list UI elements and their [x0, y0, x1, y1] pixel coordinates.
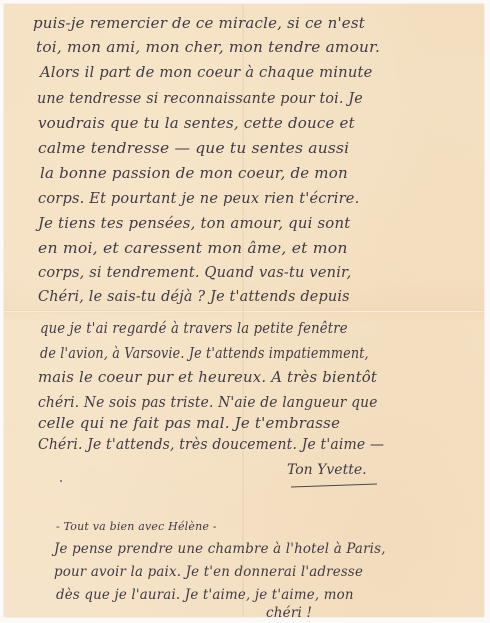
postscript-line: pour avoir la paix. Je t'en donnerai l'a…	[54, 564, 363, 580]
postscript-line: chéri !	[266, 605, 312, 621]
body-line: chéri. Ne sois pas triste. N'aie de lang…	[38, 393, 378, 411]
ink-speck	[60, 480, 62, 482]
body-line: Chéri, le sais-tu déjà ? Je t'attends de…	[38, 287, 350, 305]
body-line: de l'avion, à Varsovie. Je t'attends imp…	[40, 344, 369, 362]
body-line: la bonne passion de mon coeur, de mon	[40, 164, 348, 182]
horizontal-fold-crease	[4, 310, 484, 313]
body-line: corps, si tendrement. Quand vas-tu venir…	[38, 263, 351, 281]
signature: Ton Yvette.	[287, 462, 367, 478]
postscript-line: - Tout va bien avec Hélène -	[56, 520, 217, 533]
body-line: une tendresse si reconnaissante pour toi…	[37, 89, 363, 107]
body-line: en moi, et caressent mon âme, et mon	[38, 239, 348, 257]
body-line: Alors il part de mon coeur à chaque minu…	[40, 63, 372, 81]
body-line: calme tendresse — que tu sentes aussi	[38, 139, 349, 157]
body-line: celle qui ne fait pas mal. Je t'embrasse	[38, 414, 340, 432]
body-line: mais le coeur pur et heureux. A très bie…	[38, 368, 377, 386]
body-line: voudrais que tu la sentes, cette douce e…	[38, 114, 355, 132]
body-line: Je tiens tes pensées, ton amour, qui son…	[38, 214, 350, 232]
postscript-line: dès que je l'aurai. Je t'aime, je t'aime…	[56, 587, 354, 603]
body-line: Chéri. Je t'attends, très doucement. Je …	[38, 435, 384, 453]
body-line: puis-je remercier de ce miracle, si ce n…	[33, 14, 365, 32]
body-line: corps. Et pourtant je ne peux rien t'écr…	[38, 189, 359, 207]
body-line: que je t'ai regardé à travers la petite …	[40, 319, 348, 337]
postscript-line: Je pense prendre une chambre à l'hotel à…	[54, 541, 386, 557]
body-line: toi, mon ami, mon cher, mon tendre amour…	[36, 38, 380, 56]
